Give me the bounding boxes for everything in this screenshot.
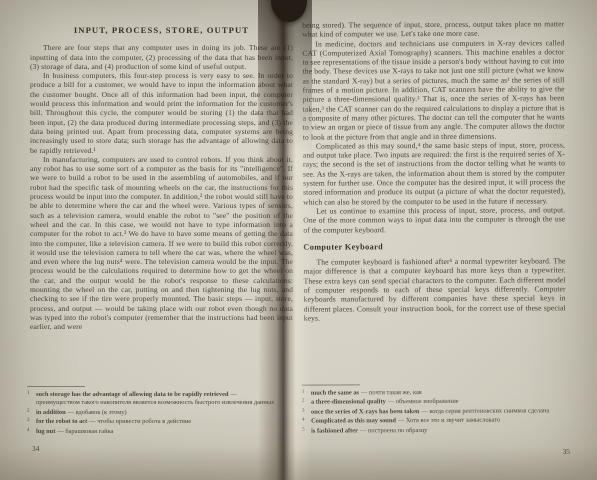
footnote: 1much the same as— почти такая же, как — [302, 388, 557, 398]
paragraph: In medicine, doctors and technicians use… — [302, 38, 565, 142]
footnote-marker: 1 — [27, 390, 30, 398]
footnote: 4Complicated as this may sound— Хотя все… — [302, 417, 557, 427]
footnote-marker: 4 — [302, 417, 305, 425]
footnote-translation: — вдобавок (к этому) — [68, 409, 127, 416]
footnote-term: much the same as — [311, 389, 359, 396]
footnote-term: in addition — [36, 409, 66, 416]
right-page: being stored). The sequence of input, st… — [297, 0, 597, 480]
footnote-translation: — чтобы привести робота в действие — [89, 418, 191, 425]
footnote-marker: 2 — [27, 408, 30, 416]
footnote-translation: — барашковая гайка — [57, 428, 113, 435]
footnote-separator — [27, 386, 85, 387]
footnote-translation: — построена по образцу — [360, 427, 428, 434]
paragraph: Let us continue to examine this process … — [303, 205, 565, 234]
footnote-marker: 3 — [27, 417, 30, 425]
paragraph: The computer keyboard is fashioned after… — [303, 256, 565, 322]
footnote-translation: — объемное изображение — [388, 398, 459, 405]
page-number: 35 — [563, 447, 570, 456]
footnote: 1such storage has the advantage of allow… — [27, 391, 279, 408]
footnote-term: such storage has the advantage of allowi… — [36, 391, 228, 398]
right-footnote-block: 1much the same as— почти такая же, как 2… — [302, 383, 557, 436]
left-footnote-block: 1such storage has the advantage of allow… — [27, 386, 279, 437]
footnote-translation: — Хотя все это и звучит замысловато — [398, 417, 500, 425]
footnote: 2in addition— вдобавок (к этому) — [27, 409, 279, 417]
open-book-photo: INPUT, PROCESS, STORE, OUTPUT There are … — [0, 0, 597, 480]
footnote: 4lug nut— барашковая гайка — [27, 428, 279, 436]
page-title: INPUT, PROCESS, STORE, OUTPUT — [30, 26, 293, 35]
footnote-term: a three-dimensional quality — [311, 399, 386, 406]
footnote-translation: — почти такая же, как — [361, 389, 422, 396]
page-number: 34 — [32, 444, 39, 453]
footnote-marker: 1 — [302, 389, 305, 397]
footnote-separator — [302, 384, 360, 385]
paragraph: Complicated as this may sound,⁴ the same… — [303, 140, 565, 206]
right-page-text-column: being stored). The sequence of input, st… — [302, 19, 566, 323]
footnote: 2a three-dimensional quality— объемное и… — [302, 398, 557, 408]
footnote-marker: 4 — [27, 427, 30, 435]
footnote-marker: 3 — [302, 407, 305, 415]
footnote-marker: 5 — [302, 426, 305, 434]
footnote-marker: 2 — [302, 398, 305, 406]
footnote-term: is fashioned after — [311, 427, 358, 434]
paragraph: There are four steps that any computer u… — [30, 43, 293, 71]
left-page-text-column: INPUT, PROCESS, STORE, OUTPUT There are … — [30, 26, 293, 332]
footnote: 5is fashioned after— построена по образц… — [302, 426, 557, 436]
footnote-term: for the robot to act — [36, 418, 87, 425]
paragraph: In manufacturing, computers are used to … — [30, 155, 293, 332]
footnote: 3once the series of X-rays has been take… — [302, 407, 557, 417]
section-heading: Computer Keyboard — [303, 241, 565, 252]
footnote-term: once the series of X-rays has been taken — [311, 408, 419, 416]
paragraph: In business computers, this four-step pr… — [30, 71, 293, 155]
paragraph: being stored). The sequence of input, st… — [302, 19, 564, 39]
footnote-translation: — когда серия рентгеновских снимков сдел… — [421, 407, 549, 415]
footnote-term: Complicated as this may sound — [311, 417, 396, 424]
footnote: 3for the robot to act— чтобы привести ро… — [27, 418, 279, 426]
left-page: INPUT, PROCESS, STORE, OUTPUT There are … — [0, 0, 297, 480]
footnote-term: lug nut — [36, 428, 55, 435]
